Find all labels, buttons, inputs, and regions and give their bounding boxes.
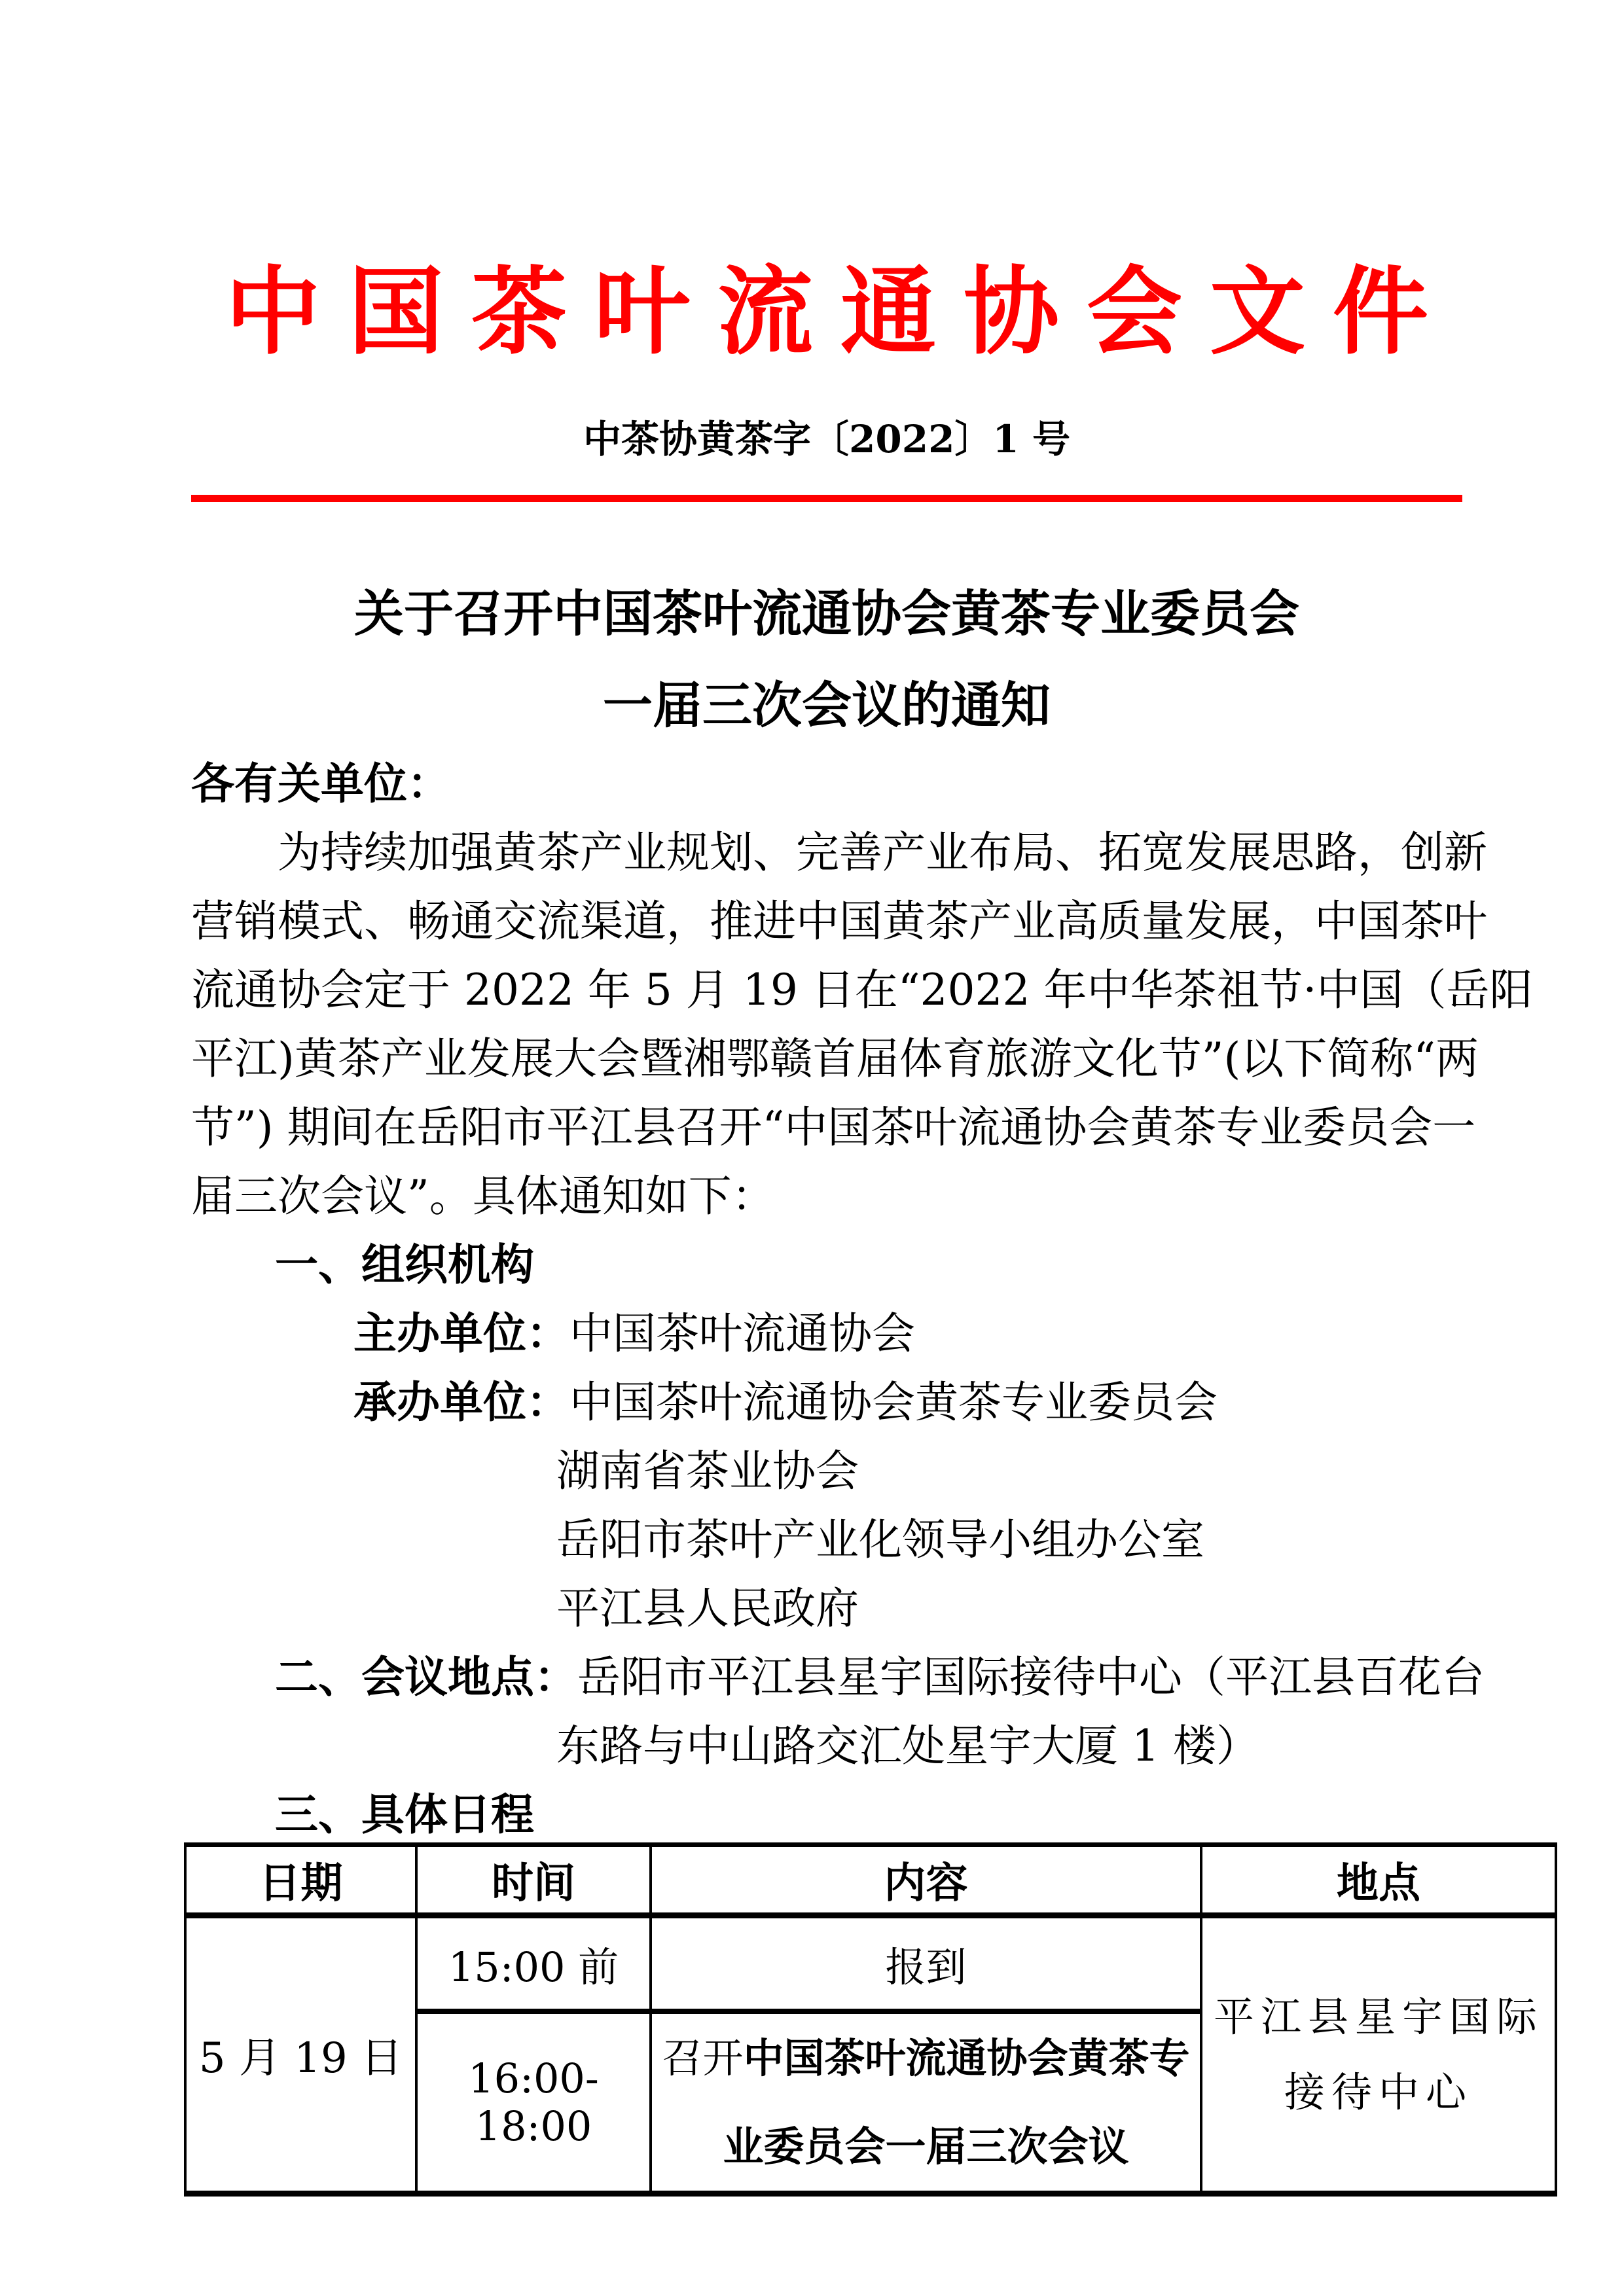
schedule-table: 日期 时间 内容 地点 5 月 19 日 15:00 前 报到 平江县星宇国际接… bbox=[184, 1842, 1557, 2197]
section-2-label: 二、会议地点： bbox=[275, 1651, 577, 1702]
host-unit-value: 中国茶叶流通协会 bbox=[569, 1308, 915, 1359]
organizer-extra-row: 平江县人民政府 bbox=[191, 1574, 1462, 1643]
section-2-value-line-1: 岳阳市平江县星宇国际接待中心（平江县百花台 bbox=[577, 1652, 1485, 1702]
doc-title-line-2: 一届三次会议的通知 bbox=[191, 660, 1462, 751]
document-body: 各有关单位： 为持续加强黄茶产业规划、完善产业布局、拓宽发展思路，创新 营销模式… bbox=[191, 749, 1462, 1849]
organizer-extra-row: 岳阳市茶叶产业化领导小组办公室 bbox=[191, 1505, 1462, 1574]
table-header-content: 内容 bbox=[651, 1845, 1201, 1916]
intro-line: 届三次会议”。具体通知如下： bbox=[191, 1162, 1462, 1230]
intro-line: 为持续加强黄茶产业规划、完善产业布局、拓宽发展思路，创新 bbox=[191, 818, 1462, 887]
table-header-time: 时间 bbox=[416, 1845, 651, 1916]
salutation: 各有关单位： bbox=[191, 749, 1462, 818]
intro-line: 节”) 期间在岳阳市平江县召开“中国茶叶流通协会黄茶专业委员会一 bbox=[191, 1093, 1462, 1162]
organizer-value: 中国茶叶流通协会黄茶专业委员会 bbox=[569, 1377, 1218, 1427]
host-unit-label: 主办单位： bbox=[353, 1308, 569, 1359]
date-cell: 5 月 19 日 bbox=[185, 1916, 416, 2194]
content-bold: 中国茶叶流通协会黄茶专业委员会一届三次会议 bbox=[723, 2034, 1189, 2170]
table-row: 5 月 19 日 15:00 前 报到 平江县星宇国际接待中心 bbox=[185, 1916, 1556, 2012]
red-divider bbox=[191, 495, 1462, 502]
organizer-label: 承办单位： bbox=[353, 1376, 569, 1427]
intro-line: 平江)黄茶产业发展大会暨湘鄂赣首届体育旅游文化节”(以下简称“两 bbox=[191, 1024, 1462, 1093]
doc-number: 中茶协黄茶字〔2022〕1 号 bbox=[191, 419, 1462, 461]
section-2-row: 二、会议地点：岳阳市平江县星宇国际接待中心（平江县百花台 bbox=[191, 1643, 1462, 1712]
time-cell-2: 16:00-18:00 bbox=[416, 2011, 651, 2194]
location-cell: 平江县星宇国际接待中心 bbox=[1201, 1916, 1556, 2194]
table-header-row: 日期 时间 内容 地点 bbox=[185, 1845, 1556, 1916]
document-page: 中国茶叶流通协会文件 中茶协黄茶字〔2022〕1 号 关于召开中国茶叶流通协会黄… bbox=[0, 0, 1624, 2296]
section-2-value-line-2: 东路与中山路交汇处星宇大厦 1 楼） bbox=[191, 1712, 1462, 1780]
table-header-place: 地点 bbox=[1201, 1845, 1556, 1916]
intro-line: 流通协会定于 2022 年 5 月 19 日在“2022 年中华茶祖节·中国（岳… bbox=[191, 956, 1462, 1024]
table-header-date: 日期 bbox=[185, 1845, 416, 1916]
section-3-heading: 三、具体日程 bbox=[191, 1780, 1462, 1849]
organizer-extra-row: 湖南省茶业协会 bbox=[191, 1437, 1462, 1505]
content-cell-2: 召开中国茶叶流通协会黄茶专业委员会一届三次会议 bbox=[651, 2011, 1201, 2194]
doc-title-line-1: 关于召开中国茶叶流通协会黄茶专业委员会 bbox=[191, 568, 1462, 660]
section-1-heading: 一、组织机构 bbox=[191, 1230, 1462, 1299]
intro-line: 营销模式、畅通交流渠道，推进中国黄茶产业高质量发展，中国茶叶 bbox=[191, 887, 1462, 956]
host-unit-row: 主办单位：中国茶叶流通协会 bbox=[191, 1299, 1462, 1368]
doc-title: 关于召开中国茶叶流通协会黄茶专业委员会 一届三次会议的通知 bbox=[191, 568, 1462, 751]
letterhead-org-title: 中国茶叶流通协会文件 bbox=[191, 262, 1462, 362]
time-cell-1: 15:00 前 bbox=[416, 1916, 651, 2012]
content-cell-1: 报到 bbox=[651, 1916, 1201, 2012]
organizer-row: 承办单位：中国茶叶流通协会黄茶专业委员会 bbox=[191, 1368, 1462, 1437]
content-prefix: 召开 bbox=[662, 2034, 743, 2082]
